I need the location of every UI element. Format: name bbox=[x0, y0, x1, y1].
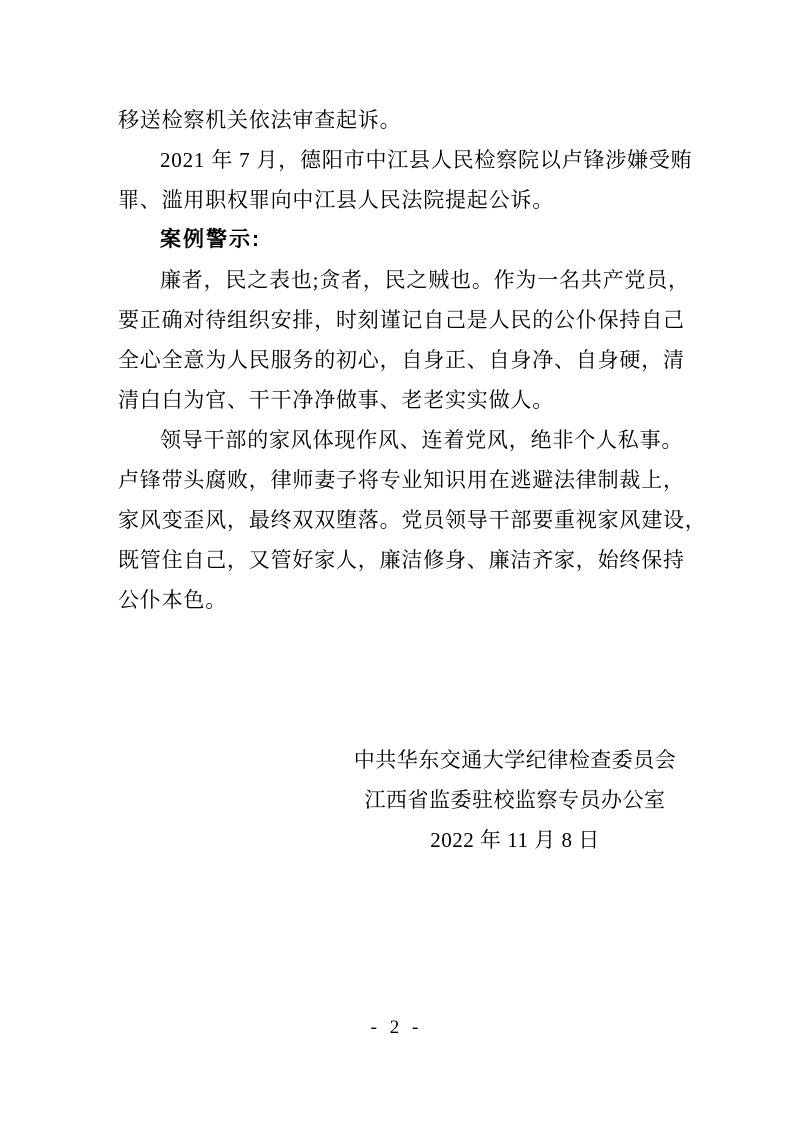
body-line: 廉者，民之表也;贪者，民之贼也。作为一名共产党员， bbox=[118, 260, 675, 300]
document-page: 移送检察机关依法审查起诉。 2021 年 7 月，德阳市中江县人民检察院以卢锋涉… bbox=[0, 0, 793, 1122]
paragraph-prosecution: 2021 年 7 月，德阳市中江县人民检察院以卢锋涉嫌受贿 罪、滥用职权罪向中江… bbox=[118, 140, 675, 220]
body-line: 2021 年 7 月，德阳市中江县人民检察院以卢锋涉嫌受贿 bbox=[118, 140, 675, 180]
signature-block: 中共华东交通大学纪律检查委员会 江西省监委驻校监察专员办公室 2022 年 11… bbox=[315, 740, 715, 860]
signature-date: 2022 年 11 月 8 日 bbox=[315, 820, 715, 860]
body-line: 既管住自己，又管好家人，廉洁修身、廉洁齐家，始终保持 bbox=[118, 540, 675, 580]
body-line: 家风变歪风，最终双双堕落。党员领导干部要重视家风建设， bbox=[118, 500, 675, 540]
body-line: 移送检察机关依法审查起诉。 bbox=[118, 100, 675, 140]
body-line: 全心全意为人民服务的初心，自身正、自身净、自身硬，清 bbox=[118, 340, 675, 380]
section-heading: 案例警示: bbox=[118, 220, 675, 260]
body-line: 要正确对待组织安排，时刻谨记自己是人民的公仆保持自己 bbox=[118, 300, 675, 340]
document-body: 移送检察机关依法审查起诉。 2021 年 7 月，德阳市中江县人民检察院以卢锋涉… bbox=[118, 100, 675, 620]
paragraph-family-conduct: 领导干部的家风体现作风、连着党风，绝非个人私事。 卢锋带头腐败，律师妻子将专业知… bbox=[118, 420, 675, 620]
paragraph-continuation: 移送检察机关依法审查起诉。 bbox=[118, 100, 675, 140]
body-line: 公仆本色。 bbox=[118, 580, 675, 620]
body-line: 罪、滥用职权罪向中江县人民法院提起公诉。 bbox=[118, 180, 675, 220]
signature-org-line-2: 江西省监委驻校监察专员办公室 bbox=[315, 780, 715, 820]
page-number: - 2 - bbox=[0, 1012, 793, 1044]
body-line: 领导干部的家风体现作风、连着党风，绝非个人私事。 bbox=[118, 420, 675, 460]
body-line: 卢锋带头腐败，律师妻子将专业知识用在逃避法律制裁上， bbox=[118, 460, 675, 500]
section-case-warning: 案例警示: bbox=[118, 220, 675, 260]
signature-org-line-1: 中共华东交通大学纪律检查委员会 bbox=[315, 740, 715, 780]
paragraph-integrity: 廉者，民之表也;贪者，民之贼也。作为一名共产党员， 要正确对待组织安排，时刻谨记… bbox=[118, 260, 675, 420]
body-line: 清白白为官、干干净净做事、老老实实做人。 bbox=[118, 380, 675, 420]
